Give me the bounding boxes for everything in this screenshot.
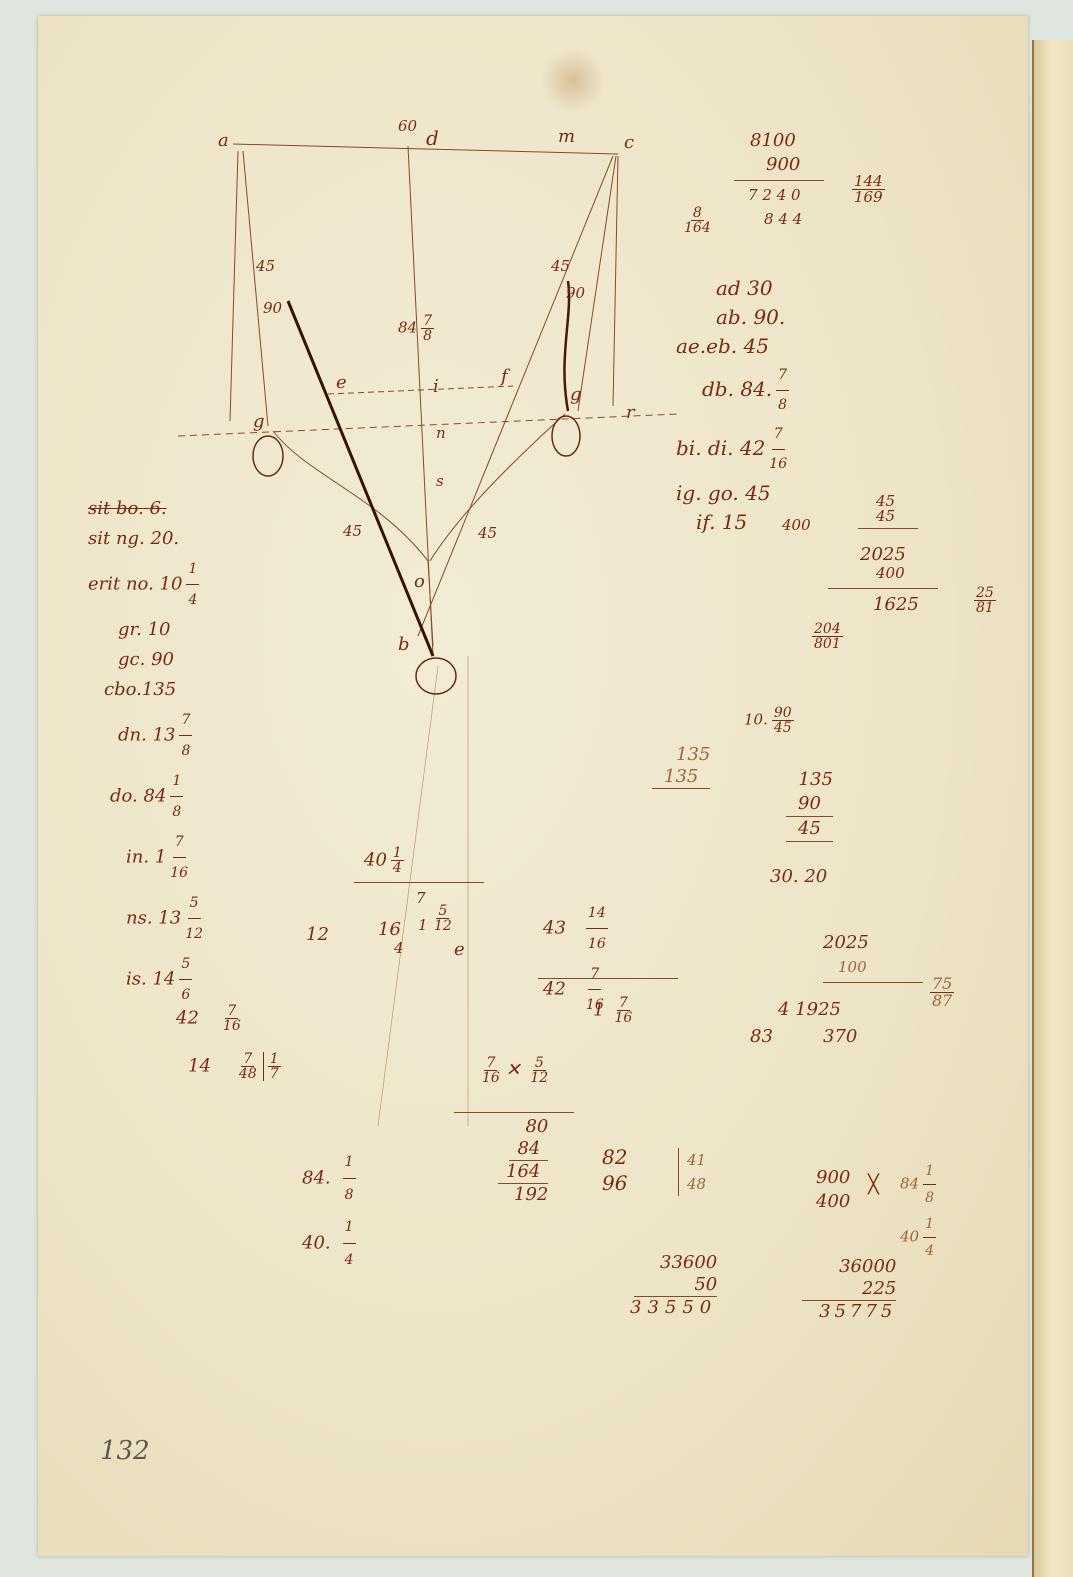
ratio-41-48: 41 48 (678, 1148, 706, 1196)
cross-fraction-7-16-5-12: 716 ✕ 512 (478, 1056, 548, 1085)
dividend-16: 16 (378, 921, 401, 939)
ratio-82-96: 82 96 (602, 1144, 627, 1196)
point-n-label: n (436, 426, 446, 441)
pair-84-40: 84.18 40.14 (302, 1146, 356, 1276)
point-r-label: r (626, 404, 635, 422)
rule (734, 180, 824, 181)
left-90-label: 90 (263, 301, 282, 316)
calc-2025: 2025 (823, 934, 869, 952)
fraction-5-12: 512 (430, 904, 452, 933)
adjacent-page-edge (1032, 40, 1073, 1577)
calc-14-7-48: 1474817 (188, 1052, 281, 1081)
point-b-label: b (398, 636, 410, 654)
remainder-4: 4 (394, 941, 404, 956)
left-table: sit bo. 6. sit ng. 20. erit no. 1014 gr.… (88, 494, 203, 1010)
point-e-label: e (336, 374, 347, 392)
rule (858, 528, 918, 529)
lower-left-45-label: 45 (343, 524, 362, 539)
point-s-label: s (436, 474, 444, 489)
manuscript-page: a 60 d m c 45 90 45 90 8478 e i f g g r … (38, 16, 1028, 1556)
point-m-label: m (558, 128, 575, 146)
point-g-left-label: g (253, 413, 265, 431)
subtraction-36000: 36000 225 35775 (802, 1256, 896, 1323)
rule (823, 982, 923, 983)
top-length-label: 60 (398, 119, 417, 134)
side-fraction: 8164 (680, 206, 711, 235)
division-digits: 7 2 4 0 (748, 188, 801, 203)
calc-40-1-4: 4014 (364, 846, 404, 875)
thirty-twenty: 30. 20 (770, 868, 827, 886)
subtract-400: 400 (876, 566, 905, 581)
column-80-84-164-192: 80 84 164 192 (498, 1116, 548, 1206)
calc-900: 900 (766, 156, 800, 174)
subtraction-135-90-45: 135 90 45 (786, 768, 833, 842)
rule (828, 588, 938, 589)
quotient-1: 1 (418, 918, 428, 933)
point-f-label: f (501, 368, 508, 386)
right-90-label: 90 (566, 286, 585, 301)
right-45-label: 45 (551, 259, 570, 274)
calc-row-4-1925: 4 1925 (778, 1001, 841, 1019)
cross-84-40: 8418 4014 (900, 1158, 936, 1264)
point-g-right-label: g (570, 386, 582, 404)
ten-line: 10.9045 (744, 706, 794, 735)
side-fraction-25-81: 2581 (970, 586, 996, 615)
fraction-75-87: 7587 (926, 976, 954, 1009)
result-1-7-16: 1716 (593, 996, 632, 1025)
calc-370: 370 (823, 1028, 857, 1046)
point-i-label: i (433, 378, 439, 396)
result-1625: 1625 (873, 596, 919, 614)
left-45-label: 45 (256, 259, 275, 274)
rule (354, 882, 484, 883)
point-c-label: c (624, 134, 634, 152)
point-d-label: d (426, 128, 439, 148)
folio-number: 132 (100, 1436, 150, 1466)
rule (538, 978, 678, 979)
lower-right-45-label: 45 (478, 526, 497, 541)
ratio-fraction: 144169 (848, 174, 885, 205)
square-45: 45 45 (876, 494, 895, 524)
calc-100: 100 (838, 960, 867, 975)
calc-400: 400 (782, 518, 811, 533)
calc-8100: 8100 (750, 132, 796, 150)
calc-83: 83 (750, 1028, 773, 1046)
cross-mark: ╳ (868, 1176, 879, 1194)
cross-900-400: 900 400 (816, 1166, 850, 1214)
digit-seven: 7 (416, 891, 426, 906)
side-label-e: e (454, 941, 465, 959)
division-digits-2: 8 4 4 (764, 212, 802, 227)
center-135: 135 135 (652, 744, 710, 789)
top-right-table: ad 30 ab. 90. ae.eb. 45 db. 84.78 bi. di… (676, 274, 789, 537)
center-value-label: 8478 (398, 314, 434, 343)
calc-42-7-16: 42716 (176, 1004, 241, 1033)
product-2025: 2025 (860, 546, 906, 564)
point-o-label: o (414, 573, 425, 591)
partial-204-801: 204801 (808, 622, 843, 651)
subtraction-33600: 33600 50 33550 (630, 1252, 717, 1319)
rule (454, 1112, 574, 1113)
divisor-12: 12 (306, 926, 329, 944)
point-a-label: a (218, 132, 229, 150)
